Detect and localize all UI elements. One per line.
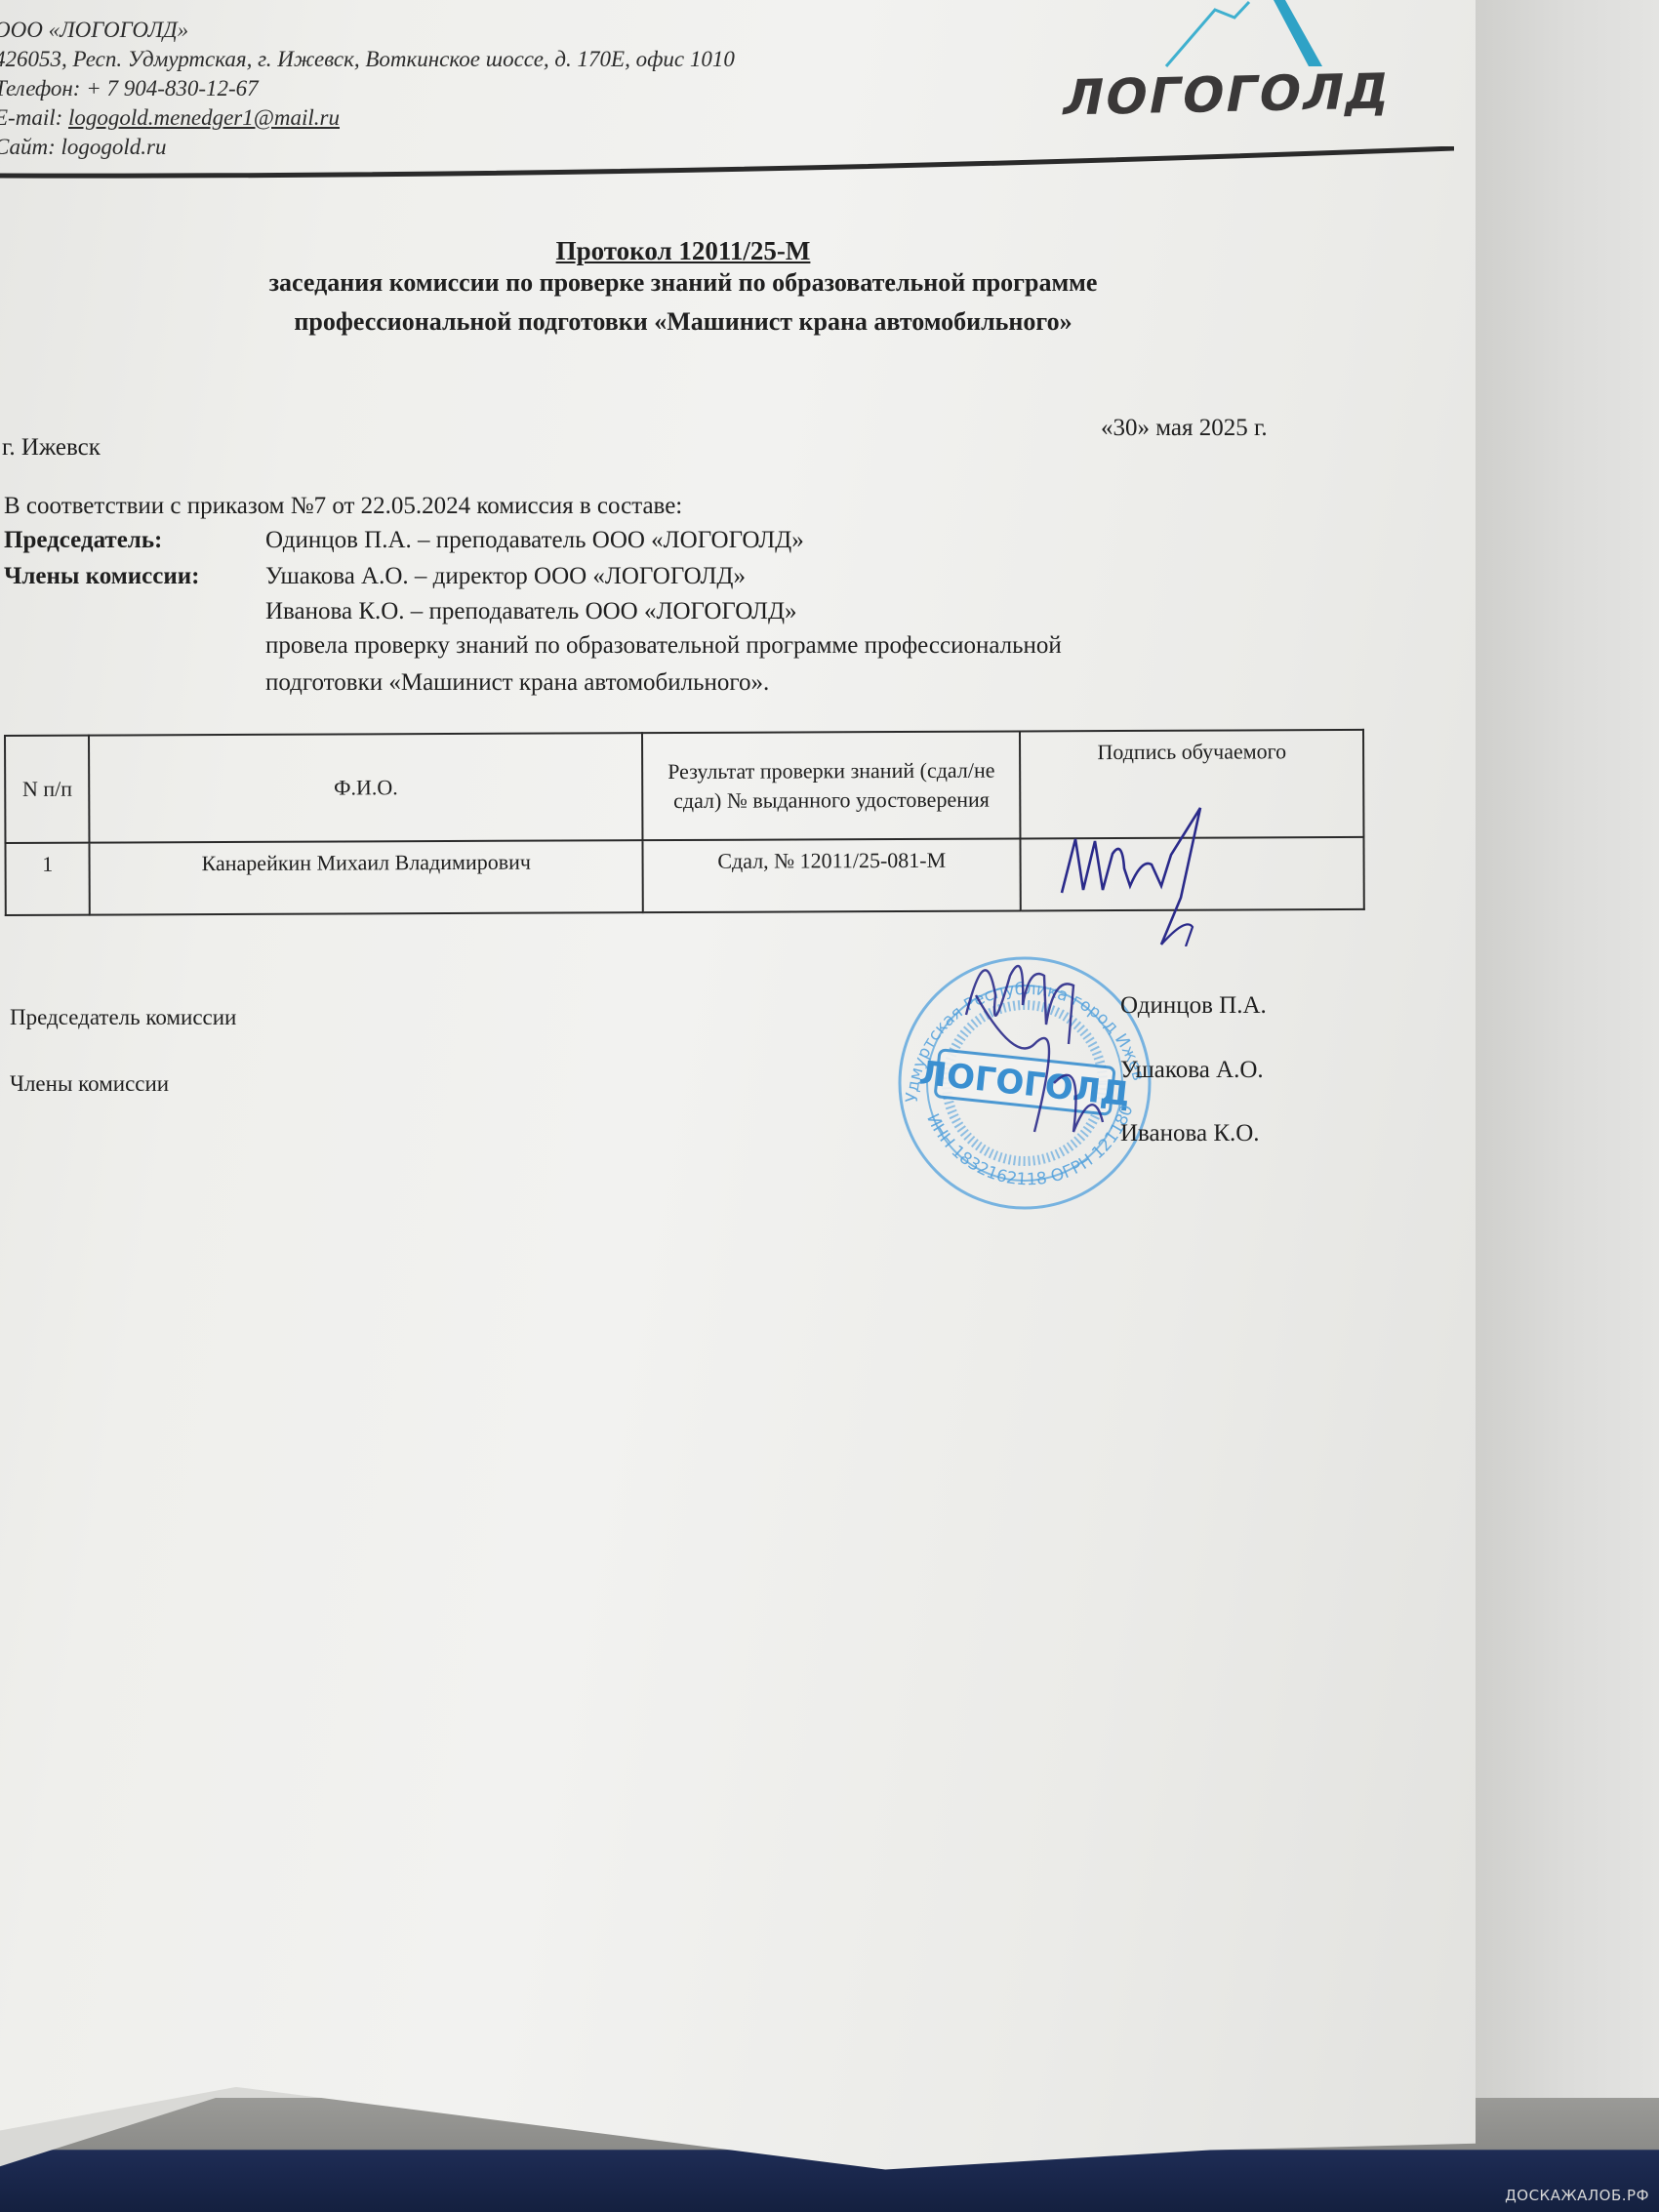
commission-conclusion-1: провела проверку знаний по образовательн… [265,632,1062,660]
document-city: г. Ижевск [2,434,101,462]
phone-label: Телефон: [0,76,80,101]
document-page: ООО «ЛОГОГОЛД» 426053, Респ. Удмуртская,… [0,0,1476,2174]
signature-name-member-1: Ушакова А.О. [1120,1057,1264,1084]
company-name: ООО «ЛОГОГОЛД» [0,16,735,45]
cell-name: Канарейкин Михаил Владимирович [90,840,643,914]
col-header-name: Ф.И.О. [89,733,642,842]
company-email: E-mail: logogold.menedger1@mail.ru [0,103,735,133]
chair-name: Одинцов П.А. – преподаватель ООО «ЛОГОГО… [265,527,804,554]
member-1: Ушакова А.О. – директор ООО «ЛОГОГОЛД» [265,563,746,590]
protocol-title: Протокол 12011/25-М [0,236,1366,266]
cell-result: Сдал, № 12011/25-081-М [642,838,1021,912]
signature-name-member-2: Иванова К.О. [1120,1120,1260,1147]
chair-signature-icon [937,937,1132,1151]
member-2: Иванова К.О. – преподаватель ООО «ЛОГОГО… [265,598,797,625]
col-header-result: Результат проверки знаний (сдал/не сдал)… [642,731,1021,840]
protocol-subtitle-1: заседания комиссии по проверке знаний по… [0,268,1366,298]
signature-icon [1015,800,1269,946]
letterhead-divider [0,146,1454,185]
commission-intro: В соответствии с приказом №7 от 22.05.20… [4,493,682,520]
commission-conclusion-2: подготовки «Машинист крана автомобильног… [265,669,769,697]
protocol-subtitle-2: профессиональной подготовки «Машинист кр… [0,307,1366,337]
document-date: «30» мая 2025 г. [1101,415,1268,442]
background-paper-stack [1476,0,1659,2147]
cell-number: 1 [5,843,90,915]
members-label: Члены комиссии: [4,563,200,590]
email-label: E-mail: [0,105,62,130]
company-logo-text: ЛОГОГОЛД [1058,63,1396,127]
chair-label: Председатель: [4,527,162,554]
email-link[interactable]: logogold.menedger1@mail.ru [68,105,340,130]
letterhead-contacts: ООО «ЛОГОГОЛД» 426053, Респ. Удмуртская,… [0,16,735,162]
phone-value: + 7 904-830-12-67 [86,76,259,101]
site-watermark: ДОСКАЖАЛОБ.РФ [1505,2187,1649,2204]
company-phone: Телефон: + 7 904-830-12-67 [0,74,735,103]
company-address: 426053, Респ. Удмуртская, г. Ижевск, Вот… [0,45,735,74]
chair-signature-label: Председатель комиссии [10,1005,236,1030]
members-signature-label: Члены комиссии [10,1071,169,1097]
col-header-number: N п/п [5,736,90,843]
signature-name-chair: Одинцов П.А. [1120,992,1267,1020]
